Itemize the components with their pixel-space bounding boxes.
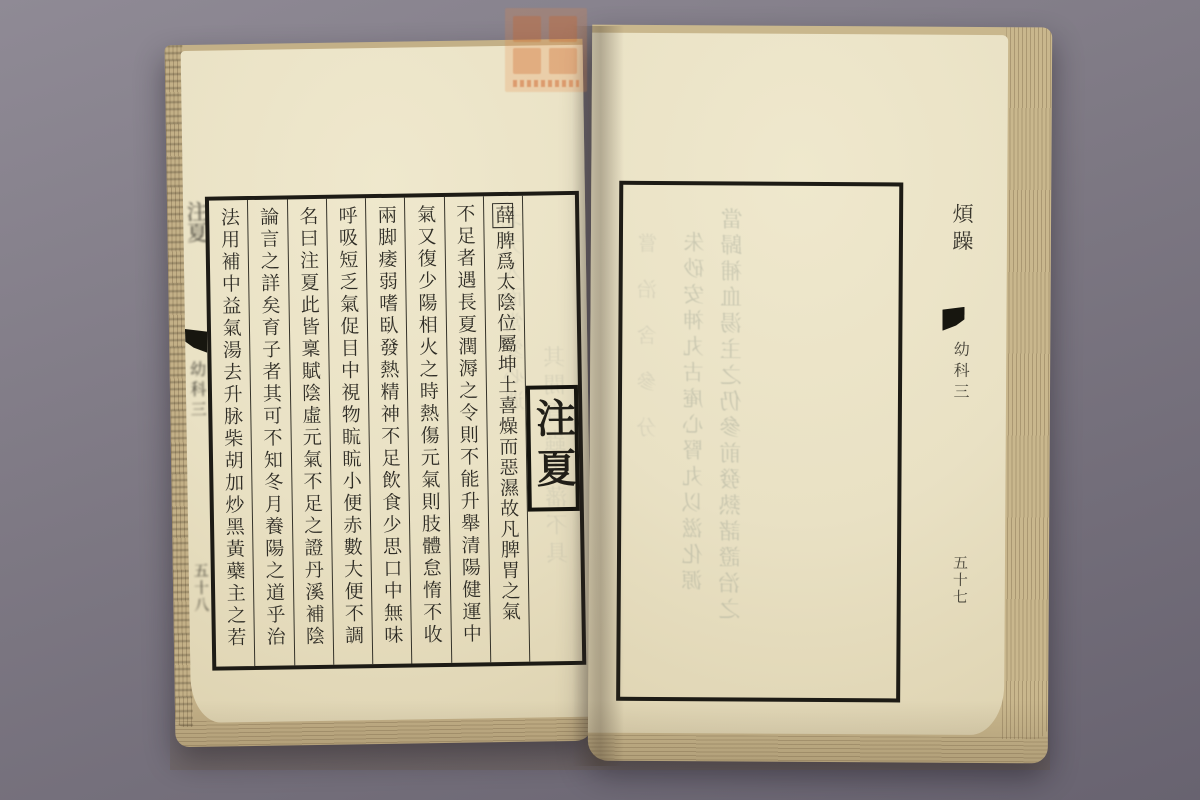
right-sheet: 當歸補血湯主之仍參前發熱諸證治之 朱砂安神丸古庵心腎丸以滋化源 嘗治含參分 煩躁…: [588, 33, 1008, 736]
fishtail-mark: [942, 307, 964, 331]
author-marker: 薛: [492, 203, 513, 228]
column-text: 呼吸短乏氣促目中視物䀮䀮小便赤數大便不調: [336, 205, 362, 664]
seal-glyph-block: [549, 48, 577, 74]
column-text: 名曰注夏此皆稟賦陰虛元氣不足之證丹溪補陰: [297, 206, 323, 665]
left-running-title: 注夏: [185, 201, 207, 243]
seal-glyph-block: [513, 16, 541, 42]
right-running-title: 煩躁: [951, 203, 972, 257]
right-bottom-edge: [588, 735, 1048, 764]
right-fore-edge: [1002, 27, 1052, 739]
text-column-grid: 法用補中益氣湯去升脉柴胡加炒黑黃蘗主之若論言之詳矣育子者其可不知冬月養陽之道乎治…: [209, 195, 582, 667]
left-page: 注夏 幼科三 五十八 其閒胃蟲中藩不具 北大入而常愛必遇 法用補中益氣湯去升脉柴…: [165, 39, 594, 747]
photograph-of-woodblock-book: 注夏 幼科三 五十八 其閒胃蟲中藩不具 北大入而常愛必遇 法用補中益氣湯去升脉柴…: [0, 0, 1200, 800]
section-heading-box: 注夏: [526, 384, 580, 511]
column-text: 薛脾爲太陰位屬坤土喜燥而惡濕故凡脾胃之氣: [492, 203, 520, 662]
bleedthrough-text: 嘗治含參分: [638, 233, 659, 463]
right-page: 當歸補血湯主之仍參前發熱諸證治之 朱砂安神丸古庵心腎丸以滋化源 嘗治含參分 煩躁…: [588, 25, 1052, 764]
column-text: 不足者遇長夏潤溽之令則不能升舉清陽健運中: [454, 203, 480, 662]
column-text: 論言之詳矣育子者其可不知冬月養陽之道乎治: [258, 207, 284, 666]
column-text: 法用補中益氣湯去升脉柴胡加炒黑黃蘗主之若: [219, 207, 245, 666]
fishtail-mark: [185, 329, 207, 353]
right-page-number: 五十七: [952, 555, 967, 606]
column-text: 兩脚痿弱嗜臥發熱精神不足飲食少思口中無味: [376, 205, 402, 664]
section-heading: 注夏: [532, 396, 574, 497]
right-blank-frame: 當歸補血湯主之仍參前發熱諸證治之 朱砂安神丸古庵心腎丸以滋化源 嘗治含參分: [616, 181, 903, 703]
column-text: 氣又復少陽相火之時熱傷元氣則肢體怠惰不收: [415, 204, 441, 663]
right-volume-label: 幼科三: [952, 341, 968, 404]
left-text-frame: 其閒胃蟲中藩不具 北大入而常愛必遇 法用補中益氣湯去升脉柴胡加炒黑黃蘗主之若論言…: [205, 191, 586, 671]
collection-seal-watermark: [505, 8, 587, 92]
left-volume-label: 幼科三: [188, 361, 205, 421]
left-sheet: 注夏 幼科三 五十八 其閒胃蟲中藩不具 北大入而常愛必遇 法用補中益氣湯去升脉柴…: [181, 45, 594, 723]
page-edge-texture: [1002, 27, 1052, 739]
seal-glyph-block: [513, 48, 541, 74]
heading-column: 注夏: [522, 195, 582, 662]
bleedthrough-text: 當歸補血湯主之仍參前發熱諸證治之: [721, 207, 746, 623]
seal-number-row: [513, 80, 579, 87]
page-edge-texture: [588, 735, 1048, 764]
left-page-number: 五十八: [193, 563, 209, 614]
seal-glyph-block: [549, 16, 577, 42]
bleedthrough-text: 朱砂安神丸古庵心腎丸以滋化源: [683, 231, 706, 595]
